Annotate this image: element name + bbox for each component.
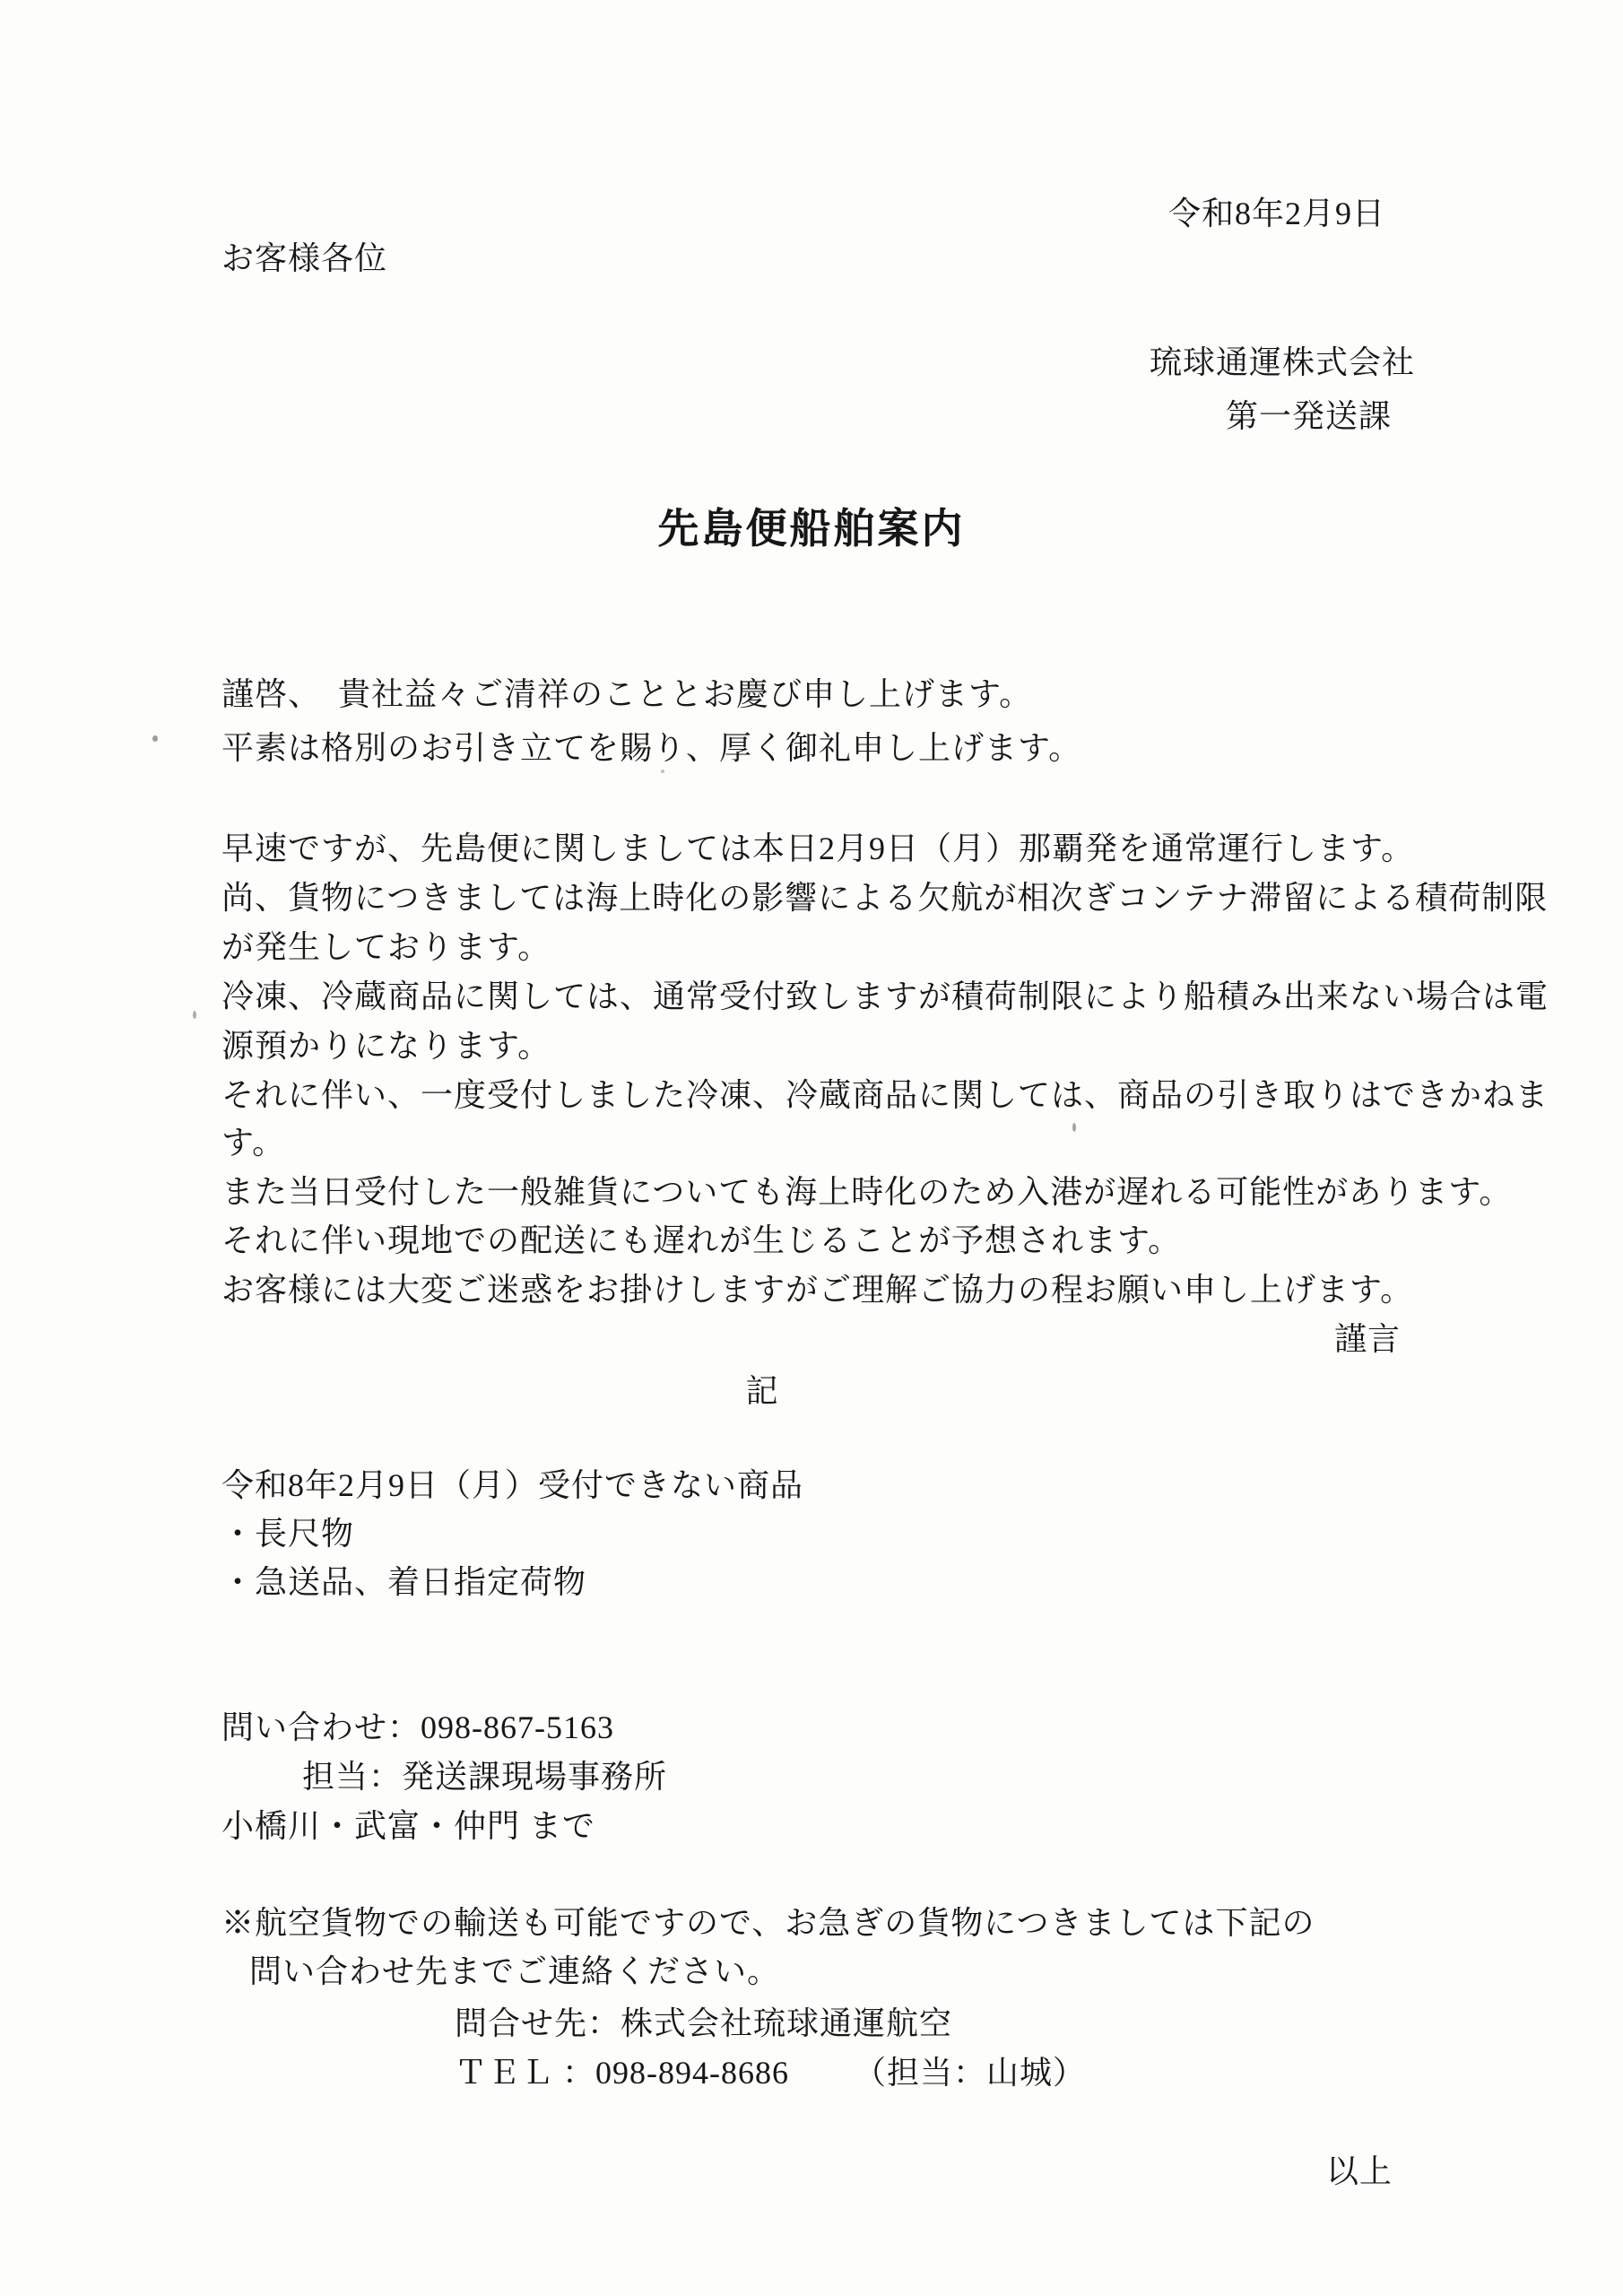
air-cargo-tel-number: ：098-894-8686 bbox=[562, 2053, 789, 2093]
air-cargo-contact-line: 問合せ先：株式会社琉球通運航空 bbox=[455, 2004, 952, 2044]
body-line: お客様には大変ご迷惑をお掛けしますがご理解ご協力の程お願い申し上げます。 bbox=[221, 1270, 1413, 1310]
contact-phone-line: 問い合わせ：098-867-5163 bbox=[221, 1708, 614, 1748]
notice-heading: 令和8年2月9日（月）受付できない商品 bbox=[221, 1465, 803, 1506]
letter-title: 先島便船舶案内 bbox=[0, 496, 1623, 555]
notice-item: ・長尺物 bbox=[221, 1514, 354, 1554]
greeting-line-1: 謹啓、 貴社益々ご清祥のこととお慶び申し上げます。 bbox=[221, 674, 1032, 715]
body-line: また当日受付した一般雑貨についても海上時化のため入港が遅れる可能性があります。 bbox=[221, 1172, 1512, 1213]
sender-company-name: 琉球通運株式会社 bbox=[1150, 343, 1415, 383]
scan-noise-speck bbox=[1072, 1123, 1076, 1132]
air-cargo-note-line-1: ※航空貨物での輸送も可能ですので、お急ぎの貨物につきましては下記の bbox=[221, 1903, 1315, 1944]
body-line: が発生しております。 bbox=[221, 927, 551, 968]
air-cargo-tel-person: （担当：山城） bbox=[854, 2053, 1086, 2093]
body-line: それに伴い現地での配送にも遅れが生じることが予想されます。 bbox=[221, 1221, 1181, 1261]
letter-date: 令和8年2月9日 bbox=[1168, 194, 1385, 234]
scan-noise-speck bbox=[661, 770, 664, 773]
body-line: 尚、貨物につきましては海上時化の影響による欠航が相次ぎコンテナ滞留による積荷制限 bbox=[221, 878, 1548, 918]
air-cargo-note-line-2: 問い合わせ先までご連絡ください。 bbox=[249, 1952, 780, 1992]
contact-person-line: 担当：発送課現場事務所 bbox=[302, 1757, 667, 1797]
scanned-letter-page: 令和8年2月9日 お客様各位 琉球通運株式会社 第一発送課 先島便船舶案内 謹啓… bbox=[0, 0, 1623, 2296]
body-line: 源預かりになります。 bbox=[221, 1026, 551, 1066]
body-line: す。 bbox=[221, 1123, 285, 1163]
end-marker: 以上 bbox=[1326, 2152, 1393, 2192]
body-line: それに伴い、一度受付しました冷凍、冷蔵商品に関しては、商品の引き取りはできかねま bbox=[221, 1075, 1549, 1116]
recipient-line: お客様各位 bbox=[221, 239, 387, 279]
record-marker: 記 bbox=[0, 1371, 1524, 1412]
greeting-line-2: 平素は格別のお引き立てを賜り、厚く御礼申し上げます。 bbox=[221, 728, 1081, 769]
scan-noise-speck bbox=[193, 1011, 196, 1019]
air-cargo-tel-label: ＴＥＬ bbox=[455, 2053, 554, 2093]
body-line: 冷凍、冷蔵商品に関しては、通常受付致しますが積荷制限により船積み出来ない場合は電 bbox=[221, 977, 1549, 1017]
contact-names-line: 小橋川・武富・仲門 まで bbox=[221, 1806, 595, 1847]
closing-word: 謹言 bbox=[1334, 1319, 1401, 1360]
scan-noise-speck bbox=[152, 735, 158, 742]
notice-item: ・急送品、着日指定荷物 bbox=[221, 1562, 586, 1603]
body-line: 早速ですが、先島便に関しましては本日2月9日（月）那覇発を通常運行します。 bbox=[221, 829, 1414, 869]
sender-department-name: 第一発送課 bbox=[1226, 396, 1392, 437]
